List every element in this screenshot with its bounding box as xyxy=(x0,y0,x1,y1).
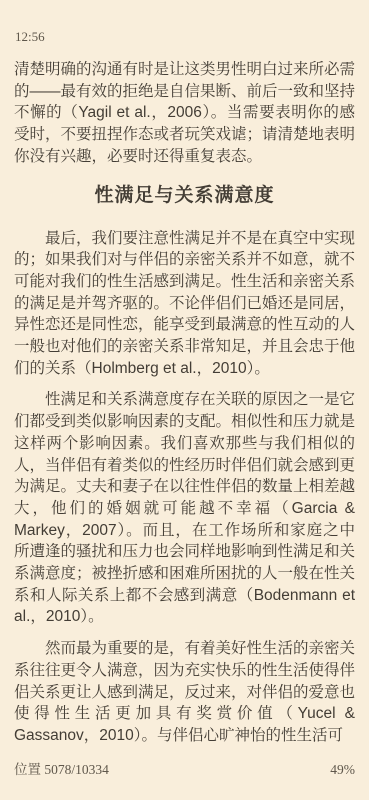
book-text-area[interactable]: 清楚明确的沟通有时是让这类男性明白过来所必需的——最有效的拒绝是自信果断、前后一… xyxy=(14,59,355,757)
paragraph: 然而最为重要的是，有着美好性生活的亲密关系往往更令人满意，因为充实快乐的性生活使… xyxy=(14,638,355,747)
paragraph-continued: 清楚明确的沟通有时是让这类男性明白过来所必需的——最有效的拒绝是自信果断、前后一… xyxy=(14,59,355,168)
reading-position: 位置 5078/10334 xyxy=(14,762,109,777)
status-bar: 12:56 xyxy=(15,29,354,44)
ereader-reading-page[interactable]: 12:56 清楚明确的沟通有时是让这类男性明白过来所必需的——最有效的拒绝是自信… xyxy=(0,0,369,800)
paragraph: 性满足和关系满意度存在关联的原因之一是它们都受到类似影响因素的支配。相似性和压力… xyxy=(14,389,355,628)
reading-footer: 位置 5078/10334 49% xyxy=(14,762,355,777)
section-heading: 性满足与关系满意度 xyxy=(14,184,355,207)
reading-progress-percent: 49% xyxy=(330,762,355,777)
paragraph: 最后，我们要注意性满足并不是在真空中实现的；如果我们对与伴侣的亲密关系并不如意，… xyxy=(14,228,355,380)
clock: 12:56 xyxy=(15,29,45,44)
